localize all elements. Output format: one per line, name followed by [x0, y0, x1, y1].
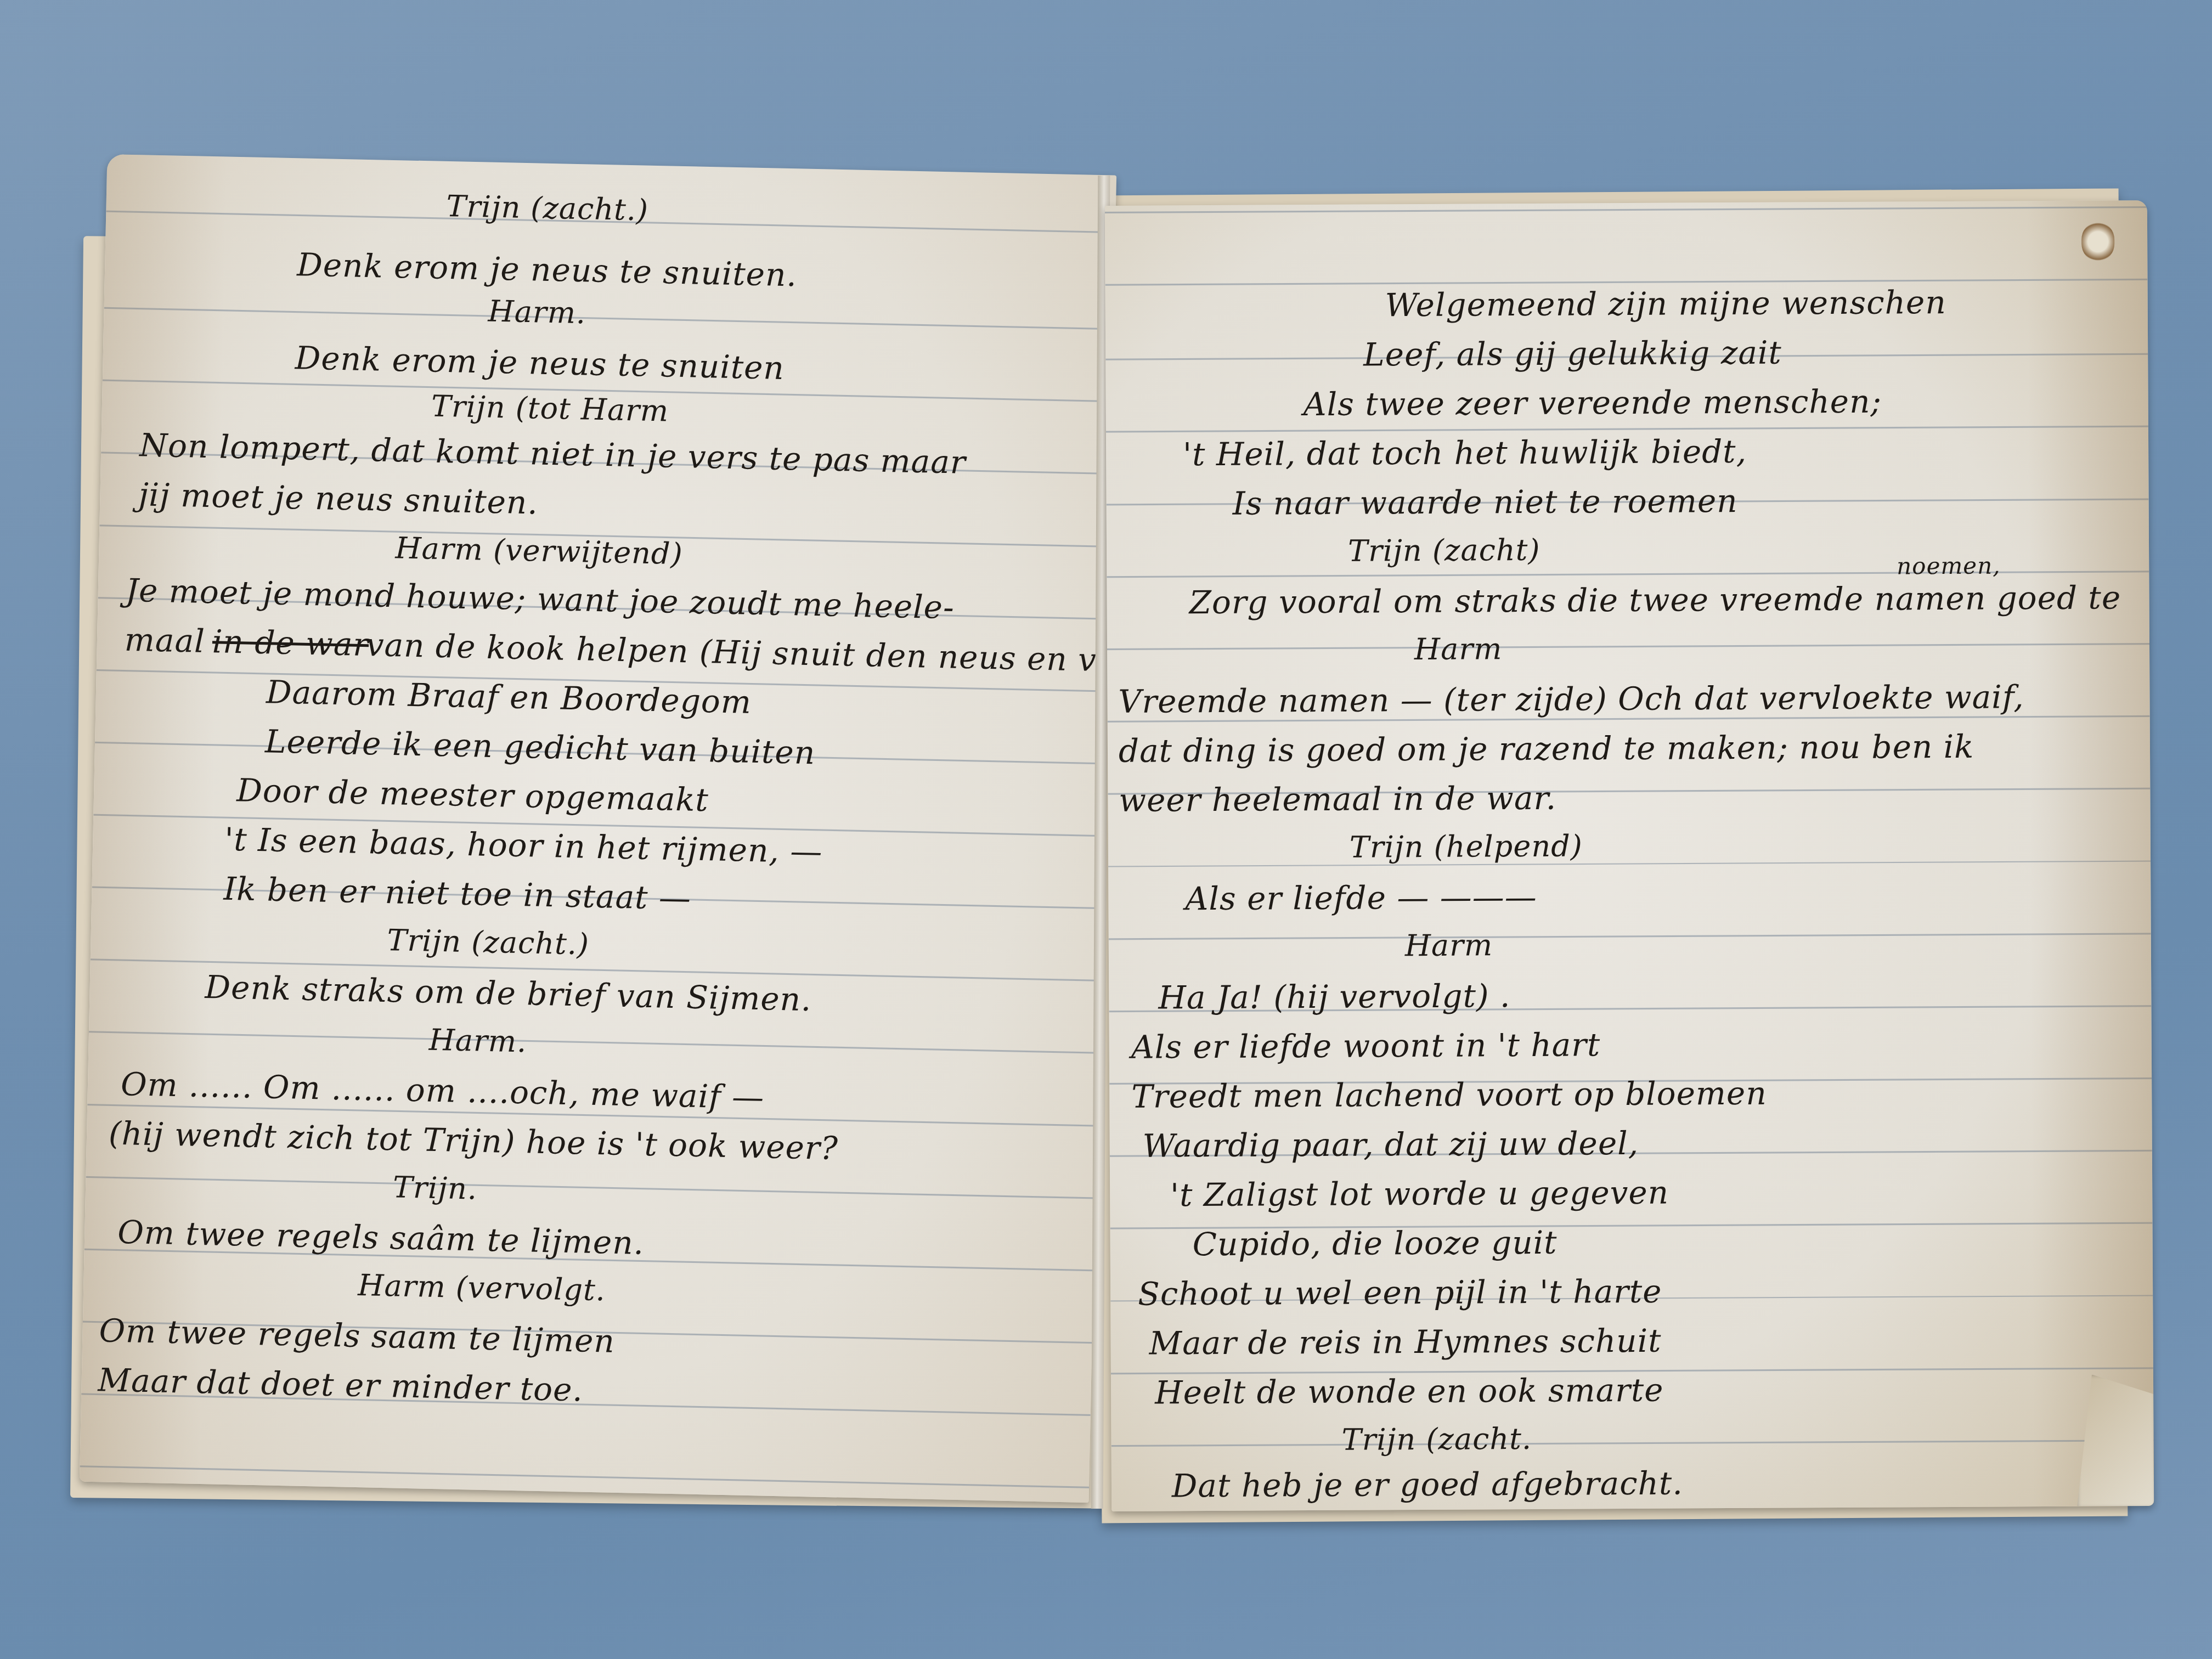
speaker-heading: Trijn (zacht.): [446, 189, 649, 228]
speaker-heading: Harm: [1405, 928, 1493, 963]
handwritten-line: Zorg vooral om straks die twee vreemde n…: [1189, 579, 2121, 621]
handwritten-line: Ha Ja! (hij vervolgt) .: [1158, 977, 1510, 1016]
handwritten-line: Welgemeend zijn mijne wenschen: [1385, 284, 1946, 324]
handwritten-line: Vreemde namen — (ter zijde) Och dat verv…: [1118, 678, 2024, 720]
handwritten-line: weer heelemaal in de war.: [1119, 780, 1556, 819]
speaker-heading: Trijn (zacht.): [387, 923, 590, 962]
speaker-heading: Trijn (zacht.: [1341, 1421, 1532, 1457]
handwritten-line: Schoot u wel een pijl in 't harte: [1138, 1273, 1662, 1313]
notebook-left-page: Trijn (zacht.)Denk erom je neus te snuit…: [80, 154, 1116, 1503]
age-stain: [2027, 200, 2154, 1506]
speaker-heading: Harm.: [428, 1023, 527, 1059]
handwritten-line: maal: [124, 621, 205, 660]
notebook-right-page: Welgemeend zijn mijne wenschenLeef, als …: [1105, 200, 2154, 1511]
handwritten-line: 't Zaligst lot worde u gegeven: [1170, 1174, 1669, 1214]
speaker-heading: Harm (vervolgt.: [358, 1268, 606, 1307]
handwritten-line: Waardig paar, dat zij uw deel,: [1143, 1125, 1639, 1165]
speaker-heading: Trijn (tot Harm: [431, 388, 669, 428]
handwritten-line: 't Heil, dat toch het huwlijk biedt,: [1183, 433, 1747, 473]
handwritten-line: Als er liefde — ———: [1185, 878, 1537, 917]
handwritten-line: Is naar waarde niet te roemen: [1232, 482, 1737, 522]
handwritten-line: Heelt de wonde en ook smarte: [1155, 1372, 1664, 1412]
handwritten-line: Als er liefde woont in 't hart: [1131, 1026, 1601, 1065]
struck-through-text: in de war: [212, 623, 369, 663]
handwritten-line: Als twee zeer vereende menschen;: [1304, 383, 1882, 424]
paper-damage-spot: [2081, 222, 2114, 261]
speaker-heading: Harm.: [488, 294, 586, 331]
speaker-heading: Trijn (helpend): [1350, 828, 1583, 864]
speaker-heading: Harm (verwijtend): [395, 531, 683, 571]
handwritten-line: Leef, als gij gelukkig zait: [1363, 334, 1782, 374]
handwritten-line: Cupido, die looze guit: [1193, 1224, 1558, 1263]
speaker-heading: Trijn.: [393, 1170, 478, 1206]
handwritten-line: Maar de reis in Hymnes schuit: [1149, 1322, 1661, 1362]
handwritten-line: Treedt men lachend voort op bloemen: [1131, 1075, 1767, 1115]
handwritten-line: dat ding is goed om je razend te maken; …: [1119, 728, 1974, 770]
speaker-heading: Trijn (zacht): [1348, 533, 1541, 568]
handwritten-line: noemen,: [1897, 552, 2001, 579]
speaker-heading: Harm: [1414, 631, 1503, 667]
handwritten-line: Dat heb je er goed afgebracht.: [1172, 1465, 1683, 1505]
